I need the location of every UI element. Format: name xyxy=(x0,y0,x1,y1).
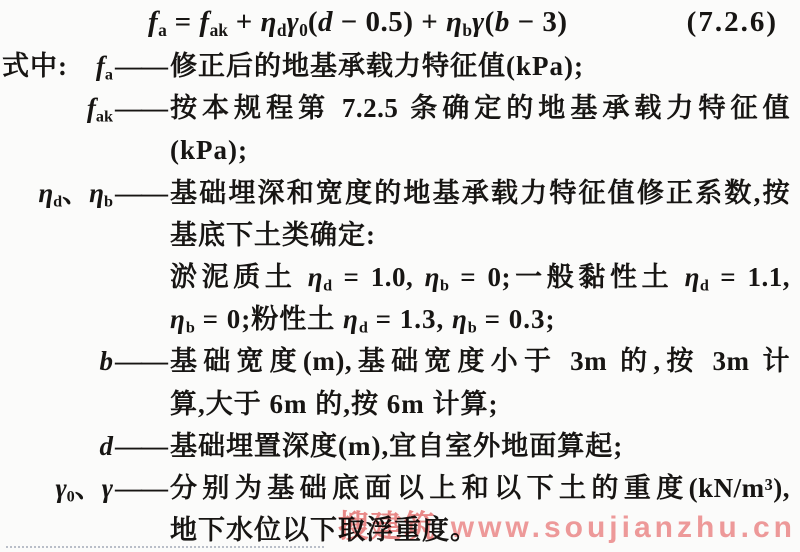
math-token xyxy=(444,304,452,334)
math-token: = 1.1, xyxy=(709,262,790,292)
math-token xyxy=(413,262,424,292)
math-token: = 1.0, xyxy=(332,262,413,292)
math-token: γ xyxy=(102,473,113,503)
math-token: η xyxy=(170,304,186,334)
math-token: d xyxy=(318,6,333,38)
definition-line: 按本规程第 7.2.5 条确定的地基承载力特征值 xyxy=(170,87,790,129)
math-token: η xyxy=(89,178,104,208)
subscript: b xyxy=(186,319,195,337)
term-symbol: d xyxy=(100,431,114,461)
math-token: f xyxy=(87,93,96,123)
math-token: 淤泥质土 xyxy=(170,262,308,292)
definition-line: 基础宽度(m),基础宽度小于 3m 的,按 3m 计 xyxy=(170,340,790,382)
definition-line: 修正后的地基承载力特征值(kPa); xyxy=(170,45,790,87)
term-column: fak—— xyxy=(0,87,170,171)
math-token: η xyxy=(685,262,700,292)
math-token: γ xyxy=(287,6,300,38)
term-symbol: fa xyxy=(96,51,113,81)
term-label: ηd、ηb—— xyxy=(38,172,167,341)
term-label: γ0、γ—— xyxy=(55,467,167,551)
math-token: γ xyxy=(472,6,485,38)
definition-text: 修正后的地基承载力特征值(kPa); xyxy=(170,45,800,87)
dash-separator: —— xyxy=(115,178,167,208)
definition-line: ηb = 0;粉性土 ηd = 1.3, ηb = 0.3; xyxy=(170,298,790,340)
definition-row: ηd、ηb—— 基础埋深和宽度的地基承载力特征值修正系数,按 基底下土类确定: … xyxy=(0,172,800,341)
term-label: fa—— xyxy=(96,45,167,87)
dash-separator: —— xyxy=(115,473,167,503)
math-token: η xyxy=(425,262,440,292)
math-token: d xyxy=(100,431,114,461)
definition-row: fak—— 按本规程第 7.2.5 条确定的地基承载力特征值 (kPa); xyxy=(0,87,800,171)
math-token: = xyxy=(167,6,200,38)
math-token: ( xyxy=(485,6,495,38)
term-symbol: γ0、γ xyxy=(55,473,113,503)
math-token: η xyxy=(260,6,276,38)
watermark: 搜建筑www.soujianzhu.cn xyxy=(338,501,796,546)
subscript: b xyxy=(440,276,449,294)
term-symbol: ηd、ηb xyxy=(38,178,113,208)
term-column: ηd、ηb—— xyxy=(0,172,170,341)
dash-separator: —— xyxy=(115,346,167,376)
math-token: = 1.3, xyxy=(368,304,444,334)
math-token: f xyxy=(148,6,158,38)
definition-row: d—— 基础埋置深度(m),宜自室外地面算起; xyxy=(0,425,800,467)
dash-separator: —— xyxy=(115,51,167,81)
math-token: f xyxy=(199,6,209,38)
definition-text: 基础宽度(m),基础宽度小于 3m 的,按 3m 计 算,大于 6m 的,按 6… xyxy=(170,340,800,424)
math-token: − 3 xyxy=(510,6,558,38)
subscript: d xyxy=(323,276,332,294)
subscript: d xyxy=(359,319,368,337)
term-column: γ0、γ—— xyxy=(0,467,170,551)
math-token: + xyxy=(228,6,261,38)
definition-line: 基础埋置深度(m),宜自室外地面算起; xyxy=(170,425,790,467)
term-symbol: fak xyxy=(87,93,113,123)
definition-row: b—— 基础宽度(m),基础宽度小于 3m 的,按 3m 计 算,大于 6m 的… xyxy=(0,340,800,424)
math-token: − 0.5 xyxy=(333,6,403,38)
dash-separator: —— xyxy=(115,93,167,123)
subscript: a xyxy=(105,66,113,84)
math-token: = 0;粉性土 xyxy=(195,304,343,334)
definition-line: 算,大于 6m 的,按 6m 计算; xyxy=(170,383,790,425)
subscript: 0 xyxy=(67,487,75,505)
math-token: η xyxy=(38,178,53,208)
math-token: = 0.3; xyxy=(477,304,556,334)
math-token: b xyxy=(495,6,510,38)
formula-number: (7.2.6) xyxy=(687,6,778,39)
subscript: b xyxy=(462,20,472,40)
definition-row: 式中: fa—— 修正后的地基承载力特征值(kPa); xyxy=(0,45,800,87)
math-token: ) xyxy=(557,6,567,38)
math-token: 、 xyxy=(75,473,102,503)
intro-label: 式中: xyxy=(2,45,68,87)
term-column: 式中: fa—— xyxy=(0,45,170,87)
math-token: γ xyxy=(55,473,66,503)
term-label: fak—— xyxy=(87,87,167,171)
subscript: ak xyxy=(210,20,228,40)
document-page: fa = fak + ηdγ0(d − 0.5) + ηbγ(b − 3) (7… xyxy=(0,0,800,551)
subscript: 0 xyxy=(299,20,308,40)
term-label: b—— xyxy=(100,340,168,424)
subscript: d xyxy=(700,276,709,294)
definition-line: 基底下土类确定: xyxy=(170,214,790,256)
definition-line: 淤泥质土 ηd = 1.0, ηb = 0;一般黏性土 ηd = 1.1, xyxy=(170,256,790,298)
term-symbol: b xyxy=(100,346,114,376)
formula-line: fa = fak + ηdγ0(d − 0.5) + ηbγ(b − 3) (7… xyxy=(0,0,800,45)
subscript: a xyxy=(158,20,167,40)
definition-line: (kPa); xyxy=(170,129,790,171)
math-token: f xyxy=(96,51,105,81)
definition-text: 按本规程第 7.2.5 条确定的地基承载力特征值 (kPa); xyxy=(170,87,800,171)
dash-separator: —— xyxy=(115,431,167,461)
definition-text: 基础埋深和宽度的地基承载力特征值修正系数,按 基底下土类确定: 淤泥质土 ηd … xyxy=(170,172,800,341)
definition-line: 基础埋深和宽度的地基承载力特征值修正系数,按 xyxy=(170,172,790,214)
term-label: d—— xyxy=(100,425,168,467)
subscript: b xyxy=(468,319,477,337)
math-token: ( xyxy=(308,6,318,38)
formula-expression: fa = fak + ηdγ0(d − 0.5) + ηbγ(b − 3) xyxy=(148,6,568,39)
math-token: 、 xyxy=(62,178,89,208)
math-token: η xyxy=(446,6,462,38)
subscript: d xyxy=(277,20,287,40)
watermark-brand: 搜建筑 xyxy=(338,509,437,544)
subscript: d xyxy=(53,192,62,210)
math-token: η xyxy=(343,304,359,334)
term-column: b—— xyxy=(0,340,170,424)
subscript: b xyxy=(104,192,113,210)
watermark-url: www.soujianzhu.cn xyxy=(451,511,796,544)
math-token: η xyxy=(308,262,323,292)
definition-text: 基础埋置深度(m),宜自室外地面算起; xyxy=(170,425,800,467)
math-token: ) + xyxy=(403,6,446,38)
term-column: d—— xyxy=(0,425,170,467)
math-token: b xyxy=(100,346,114,376)
math-token: η xyxy=(452,304,468,334)
subscript: ak xyxy=(96,108,113,126)
math-token: = 0;一般黏性土 xyxy=(449,262,685,292)
